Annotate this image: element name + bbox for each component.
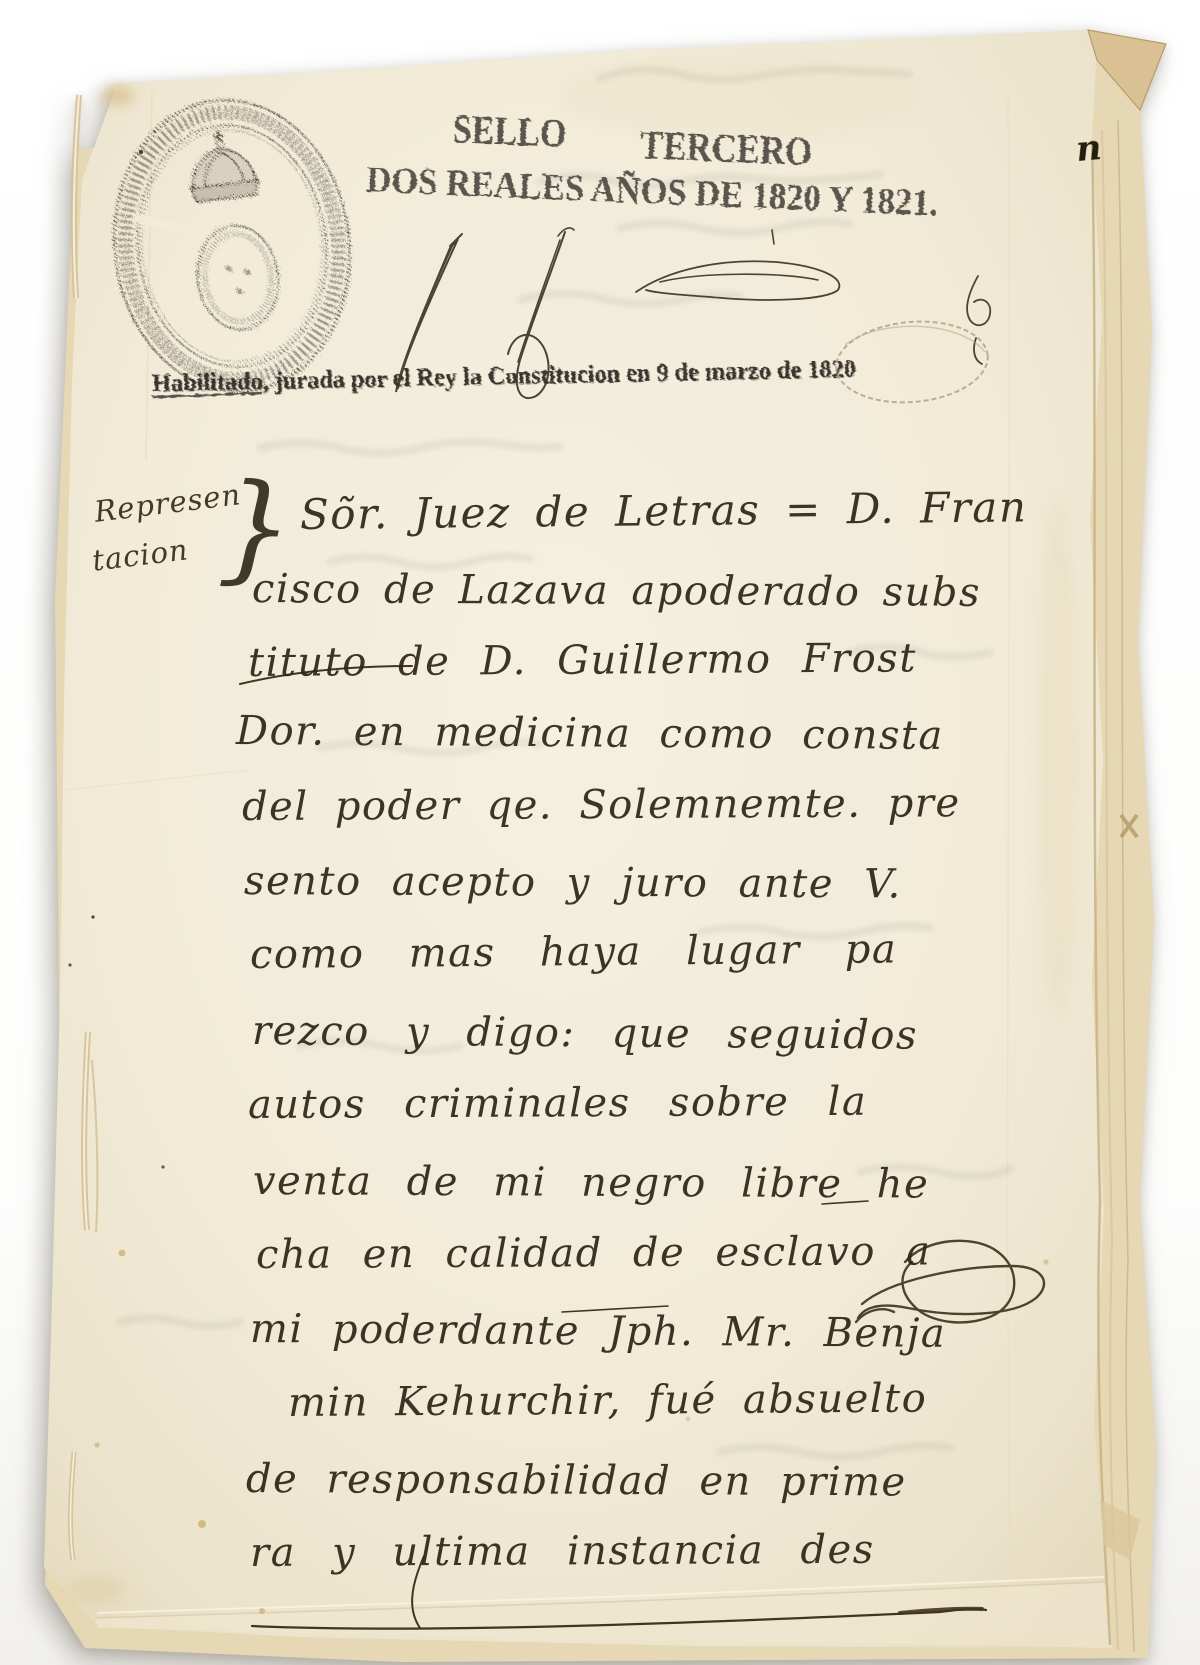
manuscript-line-8: rezco y digo: que seguidos [252,1008,918,1059]
manuscript-line-11: cha en calidad de esclavo a [256,1228,932,1278]
stamp-word-sello: SELLO [452,106,568,156]
manuscript-line-10: venta de mi negro libre he [253,1158,929,1208]
manuscript-line-7: como mas haya lugar pa [250,926,898,978]
folio-mark: n [1074,127,1103,170]
manuscript-line-12: mi poderdante Jph. Mr. Benja [250,1306,947,1357]
photographed-manuscript-document: SELLO TERCERO DOS REALES AÑOS DE 1820 Y … [0,0,1200,1665]
manuscript-line-6: sento acepto y juro ante V. [244,858,902,907]
manuscript-line-3: tituto de D. Guillermo Frost [248,635,917,686]
manuscript-line-2: cisco de Lazava apoderado subs [252,566,981,616]
manuscript-line-9: autos criminales sobre la [248,1079,867,1128]
manuscript-line-15: ra y ultima instancia des [250,1527,875,1576]
manuscript-line-5: del poder qe. Solemnemte. pre [242,780,961,830]
stamp-word-tercero: TERCERO [639,122,813,174]
manuscript-line-1: Sõr. Juez de Letras = D. Fran [300,482,1028,539]
manuscript-line-4: Dor. en medicina como consta [236,708,944,759]
manuscript-line-14: de responsabilidad en prime [246,1456,907,1505]
manuscript-line-13: min Kehurchir, fué absuelto [288,1376,928,1426]
